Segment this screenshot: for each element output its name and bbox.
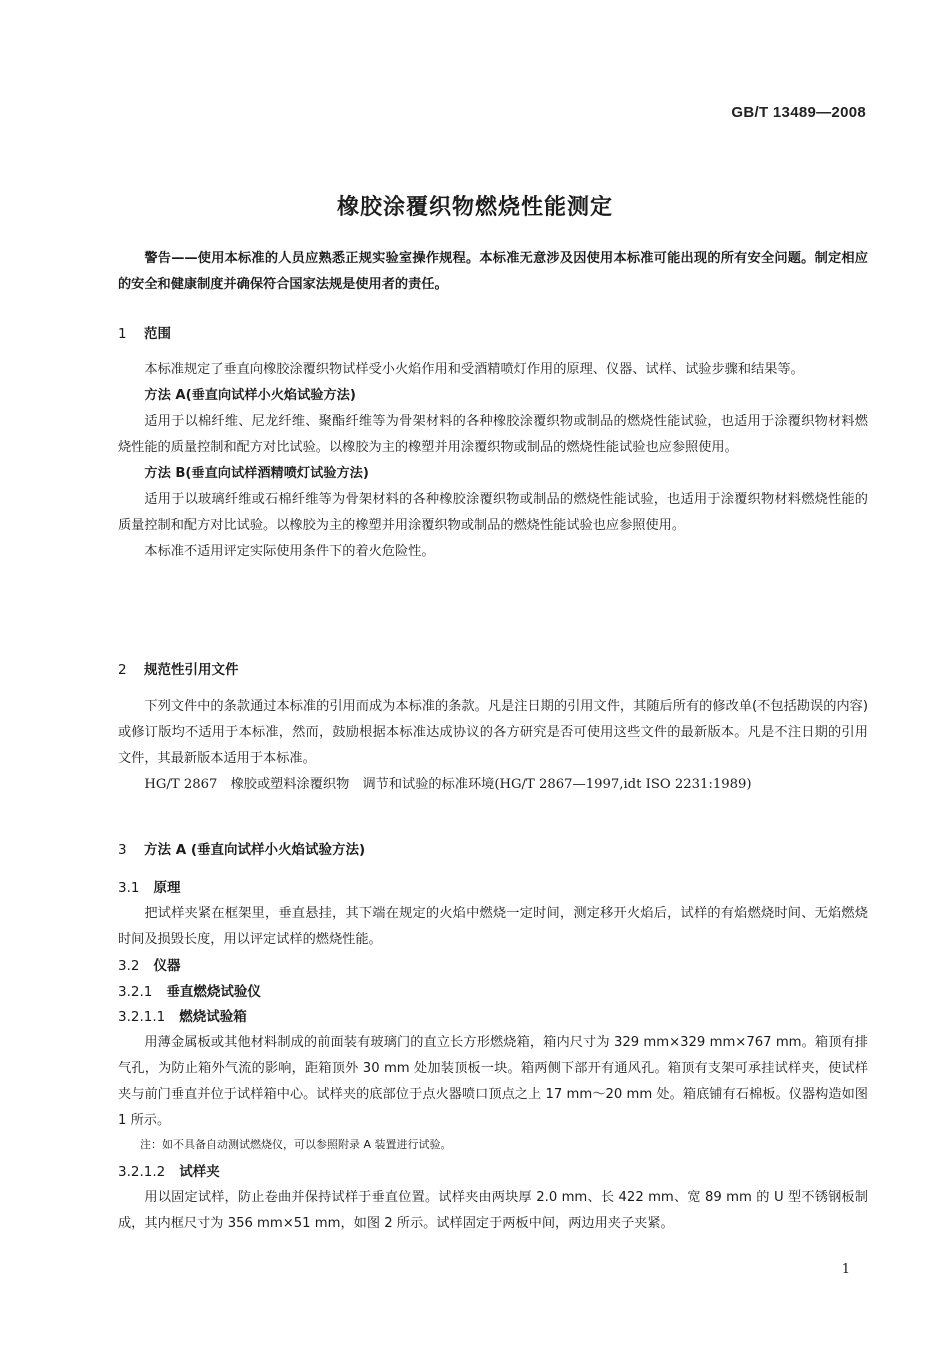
section-title: 原理 <box>153 880 180 896</box>
warning-paragraph: 警告——使用本标准的人员应熟悉正规实验室操作规程。本标准无意涉及因使用本标准可能… <box>118 246 868 298</box>
test-chamber-paragraph: 用薄金属板或其他材料制成的前面装有玻璃门的直立长方形燃烧箱，箱内尺寸为 329 … <box>118 1030 868 1134</box>
method-a-text: 适用于以棉纤维、尼龙纤维、聚酯纤维等为骨架材料的各种橡胶涂覆织物或制品的燃烧性能… <box>118 409 868 461</box>
section-3-heading: 3方法 A (垂直向试样小火焰试验方法) <box>118 838 365 858</box>
section-number: 3.1 <box>118 880 139 896</box>
scope-paragraph: 本标准规定了垂直向橡胶涂覆织物试样受小火焰作用和受酒精喷灯作用的原理、仪器、试样… <box>118 357 868 383</box>
section-number: 3.2 <box>118 958 139 974</box>
section-3-1-heading: 3.1原理 <box>118 876 180 896</box>
section-title: 垂直燃烧试验仪 <box>166 984 261 1000</box>
section-number: 3.2.1 <box>118 984 152 1000</box>
section-3-2-1-2-body: 用以固定试样，防止卷曲并保持试样于垂直位置。试样夹由两块厚 2.0 mm、长 4… <box>118 1185 868 1237</box>
scope-exclusion: 本标准不适用评定实际使用条件下的着火危险性。 <box>118 539 868 565</box>
section-number: 1 <box>118 326 144 342</box>
section-3-2-1-heading: 3.2.1垂直燃烧试验仪 <box>118 980 261 1000</box>
document-page: GB/T 13489—2008 橡胶涂覆织物燃烧性能测定 警告——使用本标准的人… <box>0 0 950 1351</box>
section-number: 3.2.1.1 <box>118 1009 165 1025</box>
reference-item: HG/T 2867 橡胶或塑料涂覆织物 调节和试验的标准环境(HG/T 2867… <box>118 772 868 798</box>
note: 注：如不具备自动测试燃烧仪，可以参照附录 A 装置进行试验。 <box>118 1134 868 1156</box>
section-1-heading: 1范围 <box>118 322 171 342</box>
section-title: 试样夹 <box>179 1164 220 1180</box>
section-3-2-1-1-body: 用薄金属板或其他材料制成的前面装有玻璃门的直立长方形燃烧箱，箱内尺寸为 329 … <box>118 1030 868 1156</box>
section-title: 方法 A (垂直向试样小火焰试验方法) <box>144 842 365 858</box>
method-a-title: 方法 A(垂直向试样小火焰试验方法) <box>118 383 868 409</box>
section-number: 3 <box>118 842 144 858</box>
section-3-2-heading: 3.2仪器 <box>118 954 180 974</box>
method-b-title: 方法 B(垂直向试样酒精喷灯试验方法) <box>118 461 868 487</box>
section-3-2-1-1-heading: 3.2.1.1燃烧试验箱 <box>118 1005 247 1025</box>
section-3-2-1-2-heading: 3.2.1.2试样夹 <box>118 1160 220 1180</box>
section-title: 范围 <box>144 326 171 342</box>
section-number: 2 <box>118 662 144 678</box>
section-2-heading: 2规范性引用文件 <box>118 658 239 678</box>
specimen-holder-paragraph: 用以固定试样，防止卷曲并保持试样于垂直位置。试样夹由两块厚 2.0 mm、长 4… <box>118 1185 868 1237</box>
section-title: 仪器 <box>153 958 180 974</box>
standard-code: GB/T 13489—2008 <box>731 104 866 121</box>
section-title: 规范性引用文件 <box>144 662 239 678</box>
section-number: 3.2.1.2 <box>118 1164 165 1180</box>
section-2-body: 下列文件中的条款通过本标准的引用而成为本标准的条款。凡是注日期的引用文件，其随后… <box>118 694 868 798</box>
page-number: 1 <box>842 1262 850 1277</box>
section-3-1-body: 把试样夹紧在框架里，垂直悬挂，其下端在规定的火焰中燃烧一定时间，测定移开火焰后，… <box>118 901 868 953</box>
principle-paragraph: 把试样夹紧在框架里，垂直悬挂，其下端在规定的火焰中燃烧一定时间，测定移开火焰后，… <box>118 901 868 953</box>
document-title: 橡胶涂覆织物燃烧性能测定 <box>0 190 950 221</box>
normative-references-paragraph: 下列文件中的条款通过本标准的引用而成为本标准的条款。凡是注日期的引用文件，其随后… <box>118 694 868 772</box>
method-b-text: 适用于以玻璃纤维或石棉纤维等为骨架材料的各种橡胶涂覆织物或制品的燃烧性能试验，也… <box>118 487 868 539</box>
section-title: 燃烧试验箱 <box>179 1009 247 1025</box>
section-1-body: 本标准规定了垂直向橡胶涂覆织物试样受小火焰作用和受酒精喷灯作用的原理、仪器、试样… <box>118 357 868 565</box>
